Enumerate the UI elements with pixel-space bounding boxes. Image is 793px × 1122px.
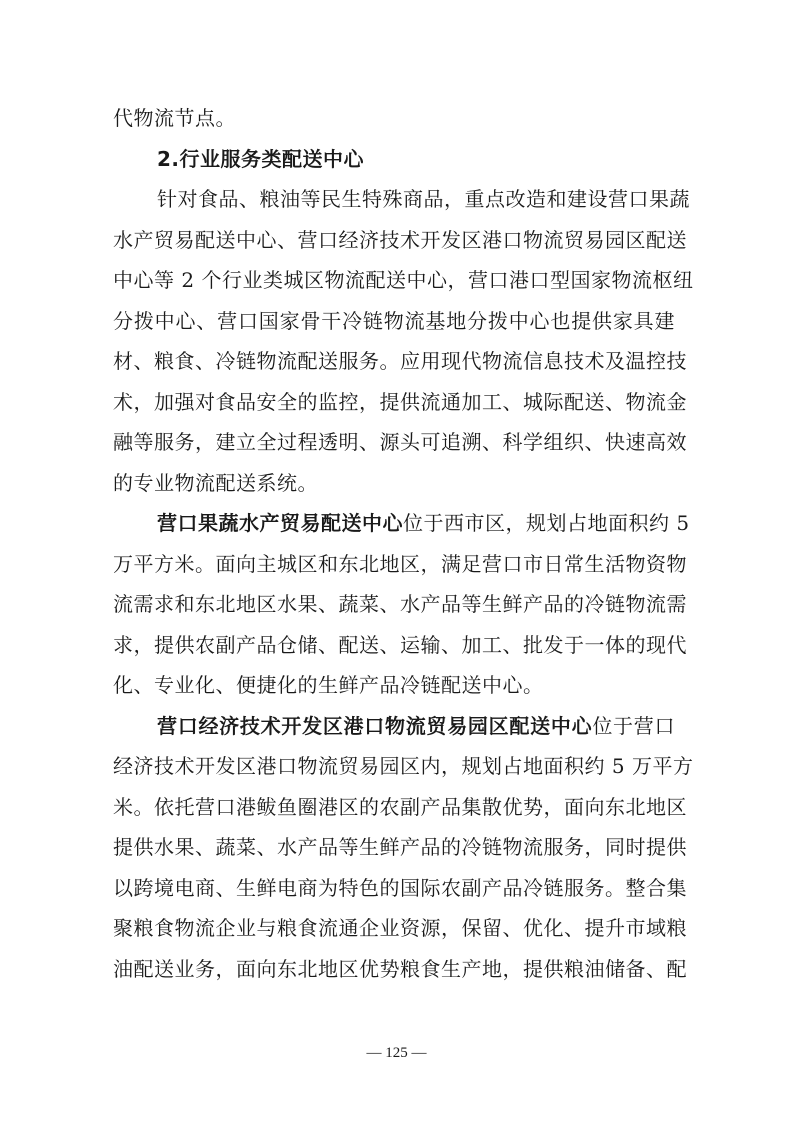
body-text-line: 提供水果、蔬菜、水产品等生鲜产品的冷链物流服务，同时提供 [113, 827, 675, 868]
bold-lead-term: 营口果蔬水产贸易配送中心 [157, 511, 403, 535]
body-text-line: 中心等 2 个行业类城区物流配送中心，营口港口型国家物流枢纽 [113, 260, 675, 301]
section-heading: 2.行业服务类配送中心 [113, 139, 675, 180]
body-text-line: 代物流节点。 [113, 98, 675, 139]
body-text-line: 聚粮食物流企业与粮食流通企业资源，保留、优化、提升市域粮 [113, 908, 675, 949]
body-text-line: 融等服务，建立全过程透明、源头可追溯、科学组织、快速高效 [113, 422, 675, 463]
paragraph-first-line: 营口经济技术开发区港口物流贸易园区配送中心位于营口 [113, 706, 675, 747]
body-text-line: 的专业物流配送系统。 [113, 463, 675, 504]
body-text-line: 米。依托营口港鲅鱼圈港区的农副产品集散优势，面向东北地区 [113, 787, 675, 828]
body-text-line: 水产贸易配送中心、营口经济技术开发区港口物流贸易园区配送 [113, 220, 675, 261]
body-text-line: 油配送业务，面向东北地区优势粮食生产地，提供粮油储备、配 [113, 949, 675, 990]
paragraph-first-line: 针对食品、粮油等民生特殊商品，重点改造和建设营口果蔬 [113, 179, 675, 220]
body-text-line: 分拨中心、营口国家骨干冷链物流基地分拨中心也提供家具建 [113, 301, 675, 342]
body-text-line: 求，提供农副产品仓储、配送、运输、加工、批发于一体的现代 [113, 625, 675, 666]
document-page: 代物流节点。 2.行业服务类配送中心 针对食品、粮油等民生特殊商品，重点改造和建… [113, 98, 675, 989]
body-text-line: 以跨境电商、生鲜电商为特色的国际农副产品冷链服务。整合集 [113, 868, 675, 909]
page-number: — 125 — [0, 1045, 793, 1062]
body-text-line: 化、专业化、便捷化的生鲜产品冷链配送中心。 [113, 665, 675, 706]
bold-lead-term: 营口经济技术开发区港口物流贸易园区配送中心 [157, 714, 592, 738]
body-text-line: 术，加强对食品安全的监控，提供流通加工、城际配送、物流金 [113, 382, 675, 423]
body-text-span: 位于营口 [592, 714, 675, 738]
body-text-line: 材、粮食、冷链物流配送服务。应用现代物流信息技术及温控技 [113, 341, 675, 382]
body-text-span: 位于西市区，规划占地面积约 5 [403, 511, 690, 535]
paragraph-first-line: 营口果蔬水产贸易配送中心位于西市区，规划占地面积约 5 [113, 503, 675, 544]
body-text-line: 流需求和东北地区水果、蔬菜、水产品等生鲜产品的冷链物流需 [113, 584, 675, 625]
body-text-line: 万平方米。面向主城区和东北地区，满足营口市日常生活物资物 [113, 544, 675, 585]
body-text-line: 经济技术开发区港口物流贸易园区内，规划占地面积约 5 万平方 [113, 746, 675, 787]
